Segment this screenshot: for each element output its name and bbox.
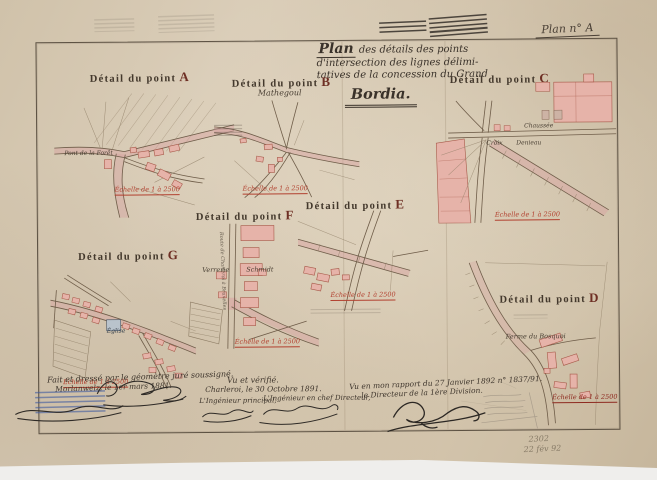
panel-b-letter: B: [318, 74, 330, 89]
ingenieur-en-chef-signature: [257, 400, 341, 429]
title-line-1: Plan des détails des points: [316, 42, 468, 58]
panel-d-note-scribble: [514, 314, 548, 318]
label-ferme: Ferme du Bosquoi: [506, 332, 566, 340]
panel-e-note-scribble: [311, 309, 381, 315]
panel-e-scale: Échelle de 1 à 2500: [330, 290, 395, 301]
ink-stamp-2: [429, 14, 488, 37]
panel-d-scale: Échelle de 1 à 2500: [552, 393, 617, 404]
detail-panel-c: Détail du pointC: [436, 62, 619, 229]
title-word-plan: Plan: [316, 41, 355, 58]
ink-stamp-1: [379, 20, 427, 35]
directeur-signature: [381, 395, 489, 436]
map-art-b: [214, 100, 360, 198]
panel-a-scale: Échelle de 1 à 2500: [115, 185, 180, 196]
detail-panel-a: Détail du pointA: [54, 67, 235, 218]
label-denieau: Denieau: [516, 139, 541, 146]
detail-panel-e: Détail du pointE: [298, 194, 429, 325]
panel-f-title-text: Détail du point: [196, 211, 283, 223]
panel-g-letter: G: [165, 247, 178, 262]
label-schmidt: Schmidt: [246, 265, 273, 273]
panel-f-scale: Échelle de 1 à 2500: [235, 337, 300, 348]
panel-a-title-text: Détail du point: [90, 73, 177, 85]
label-eglise: Église: [107, 328, 126, 335]
map-art-c: [436, 82, 619, 223]
plan-number: Plan n° A: [535, 21, 600, 39]
faint-stamp-2: [158, 14, 215, 33]
label-croix: Croix: [486, 140, 502, 147]
second-signature: [13, 400, 125, 425]
sheet-content: Plan n° A Plan des détails des points d'…: [0, 0, 657, 480]
panel-b-scale: Échelle de 1 à 2500: [243, 184, 308, 195]
panel-d-title-text: Détail du point: [499, 294, 586, 306]
pencil-scribbles: [479, 390, 541, 430]
panel-a-title: Détail du pointA: [90, 69, 189, 86]
faint-stamp-1: [94, 18, 134, 32]
ingenieur-principal-signature: [199, 405, 255, 425]
panel-a-letter: A: [176, 69, 189, 84]
panel-b-annotation-scribble: [214, 125, 242, 137]
scanned-plan-page: Plan n° A Plan des détails des points d'…: [0, 0, 657, 480]
detail-panel-b: Détail du pointB Mathegoul: [214, 72, 360, 201]
verification-line2: Charleroi, le 30 Octobre 1891.: [205, 384, 322, 394]
panel-d-title: Détail du pointD: [499, 290, 598, 307]
title-line-1-rest: des détails des points: [359, 44, 469, 56]
verification-line1: Vu et vérifié.: [227, 375, 279, 384]
label-pont-de-la-foret: Pont de la Forêt: [64, 150, 113, 157]
margin-ref-date: 22 fév 92: [523, 444, 561, 455]
label-chaussee: Chaussée: [524, 122, 553, 129]
panel-c-scale: Échelle de 1 à 2500: [495, 210, 560, 221]
panel-f-title: Détail du pointF: [196, 207, 294, 224]
label-mathegoul: Mathegoul: [258, 88, 302, 97]
panel-f-letter: F: [282, 207, 293, 222]
margin-ref-number: 2302: [528, 434, 549, 444]
panel-d-letter: D: [586, 290, 599, 305]
detail-panel-g: Détail du pointG: [50, 241, 196, 392]
panel-e-letter: E: [392, 196, 404, 211]
